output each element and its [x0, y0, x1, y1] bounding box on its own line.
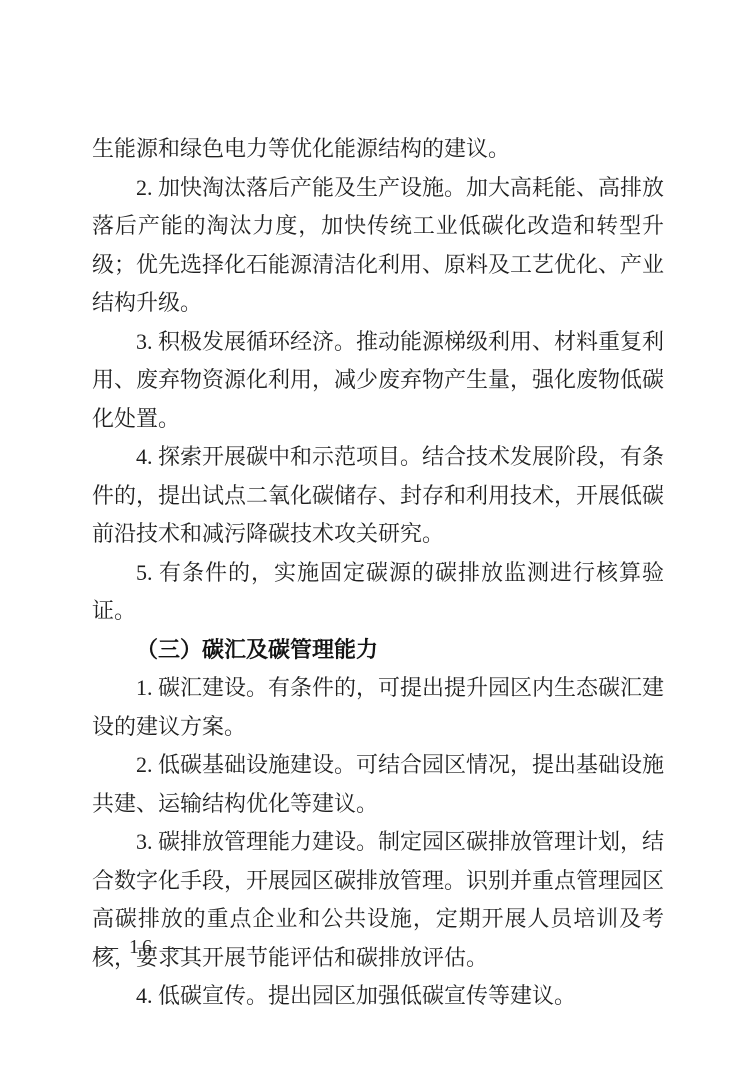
paragraph: 5. 有条件的，实施固定碳源的碳排放监测进行核算验证。 — [92, 554, 664, 631]
document-body: 生能源和绿色电力等优化能源结构的建议。 2. 加快淘汰落后产能及生产设施。加大高… — [92, 130, 664, 1016]
page-number: — 16 — — [98, 936, 186, 958]
section-heading: （三）碳汇及碳管理能力 — [92, 631, 664, 670]
paragraph: 2. 加快淘汰落后产能及生产设施。加大高耗能、高排放落后产能的淘汰力度，加快传统… — [92, 169, 664, 323]
paragraph-continuation: 生能源和绿色电力等优化能源结构的建议。 — [92, 130, 664, 169]
document-page: 生能源和绿色电力等优化能源结构的建议。 2. 加快淘汰落后产能及生产设施。加大高… — [0, 0, 756, 1068]
paragraph: 4. 探索开展碳中和示范项目。结合技术发展阶段，有条件的，提出试点二氧化碳储存、… — [92, 438, 664, 554]
paragraph: 1. 碳汇建设。有条件的，可提出提升园区内生态碳汇建设的建议方案。 — [92, 669, 664, 746]
page-footer: — 16 — — [98, 936, 186, 959]
paragraph: 3. 积极发展循环经济。推动能源梯级利用、材料重复利用、废弃物资源化利用，减少废… — [92, 323, 664, 439]
paragraph: 2. 低碳基础设施建设。可结合园区情况，提出基础设施共建、运输结构优化等建议。 — [92, 746, 664, 823]
paragraph: 4. 低碳宣传。提出园区加强低碳宣传等建议。 — [92, 977, 664, 1016]
